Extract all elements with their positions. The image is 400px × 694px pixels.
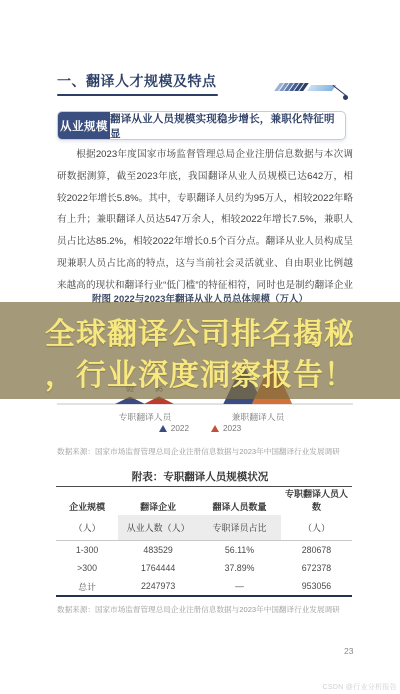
table-cell: 1-300	[56, 541, 118, 560]
header-cell: 翻译人员数量	[198, 487, 281, 516]
table-cell: 37.89%	[198, 559, 281, 577]
section-title-underline	[57, 94, 218, 96]
banner-tag: 从业规模	[58, 112, 110, 139]
legend-label: 2022	[171, 424, 189, 433]
legend-triangle-icon	[211, 425, 219, 432]
table-cell: 56.11%	[198, 541, 281, 560]
header-cell: 企业规模	[56, 487, 118, 516]
table-row: 1-30048352956.11%280678	[56, 541, 352, 560]
page-number: 23	[344, 646, 353, 656]
table-cell: —	[198, 577, 281, 596]
chart-legend: 20222023	[0, 424, 400, 433]
table-cell: 1764444	[118, 559, 198, 577]
section-title: 一、翻译人才规模及特点	[57, 71, 217, 91]
table-header-row-2: （人）从业人数（人）专职译员占比（人）	[56, 515, 352, 541]
header-cell: （人）	[56, 515, 118, 541]
table-cell: 953056	[281, 577, 352, 596]
banner-headline: 翻译从业人员规模实现稳步增长，兼职化特征明显	[110, 112, 345, 139]
chart-source-note: 数据来源：国家市场监督管理总局企业注册信息数据与2023年中国翻译行业发展调研	[57, 446, 340, 457]
decor-dot	[343, 95, 348, 100]
report-page: 一、翻译人才规模及特点 从业规模 翻译从业人员规模实现稳步增长，兼职化特征明显 …	[0, 0, 400, 694]
header-cell: （人）	[281, 515, 352, 541]
header-cell: 专职翻译人员人数	[281, 487, 352, 516]
promo-headline-line2: ，行业深度洞察报告！	[0, 350, 400, 394]
body-paragraph: 根据2023年度国家市场监督管理总局企业注册信息数据与本次调研数据测算，截至20…	[57, 144, 353, 296]
header-cell: 专职译员占比	[198, 515, 281, 541]
legend-item-2022: 2022	[159, 424, 189, 433]
header-cell: 翻译企业	[118, 487, 198, 516]
legend-triangle-icon	[159, 425, 167, 432]
promo-headline-line1: 全球翻译公司排名揭秘	[0, 309, 400, 353]
subsection-banner: 从业规模 翻译从业人员规模实现稳步增长，兼职化特征明显	[57, 111, 346, 140]
promo-overlay-band: 全球翻译公司排名揭秘 ，行业深度洞察报告！	[0, 302, 400, 399]
table-cell: 280678	[281, 541, 352, 560]
table-row: 总计2247973—953056	[56, 577, 352, 596]
legend-label: 2023	[223, 424, 241, 433]
csdn-watermark: CSDN @行业分析报告	[323, 682, 398, 692]
table-source-note: 数据来源：国家市场监督管理总局企业注册信息数据与2023年中国翻译行业发展调研	[57, 604, 340, 615]
stats-table: 企业规模翻译企业翻译人员数量专职翻译人员人数 （人）从业人数（人）专职译员占比（…	[56, 486, 352, 597]
table-cell: >300	[56, 559, 118, 577]
table-title: 附表：专职翻译人员规模状况	[0, 469, 400, 484]
legend-item-2023: 2023	[211, 424, 241, 433]
table-header-row-1: 企业规模翻译企业翻译人员数量专职翻译人员人数	[56, 487, 352, 516]
header-cell: 从业人数（人）	[118, 515, 198, 541]
table-cell: 672378	[281, 559, 352, 577]
table-row: >300176444437.89%672378	[56, 559, 352, 577]
table-cell: 483529	[118, 541, 198, 560]
table-cell: 2247973	[118, 577, 198, 596]
table-cell: 总计	[56, 577, 118, 596]
